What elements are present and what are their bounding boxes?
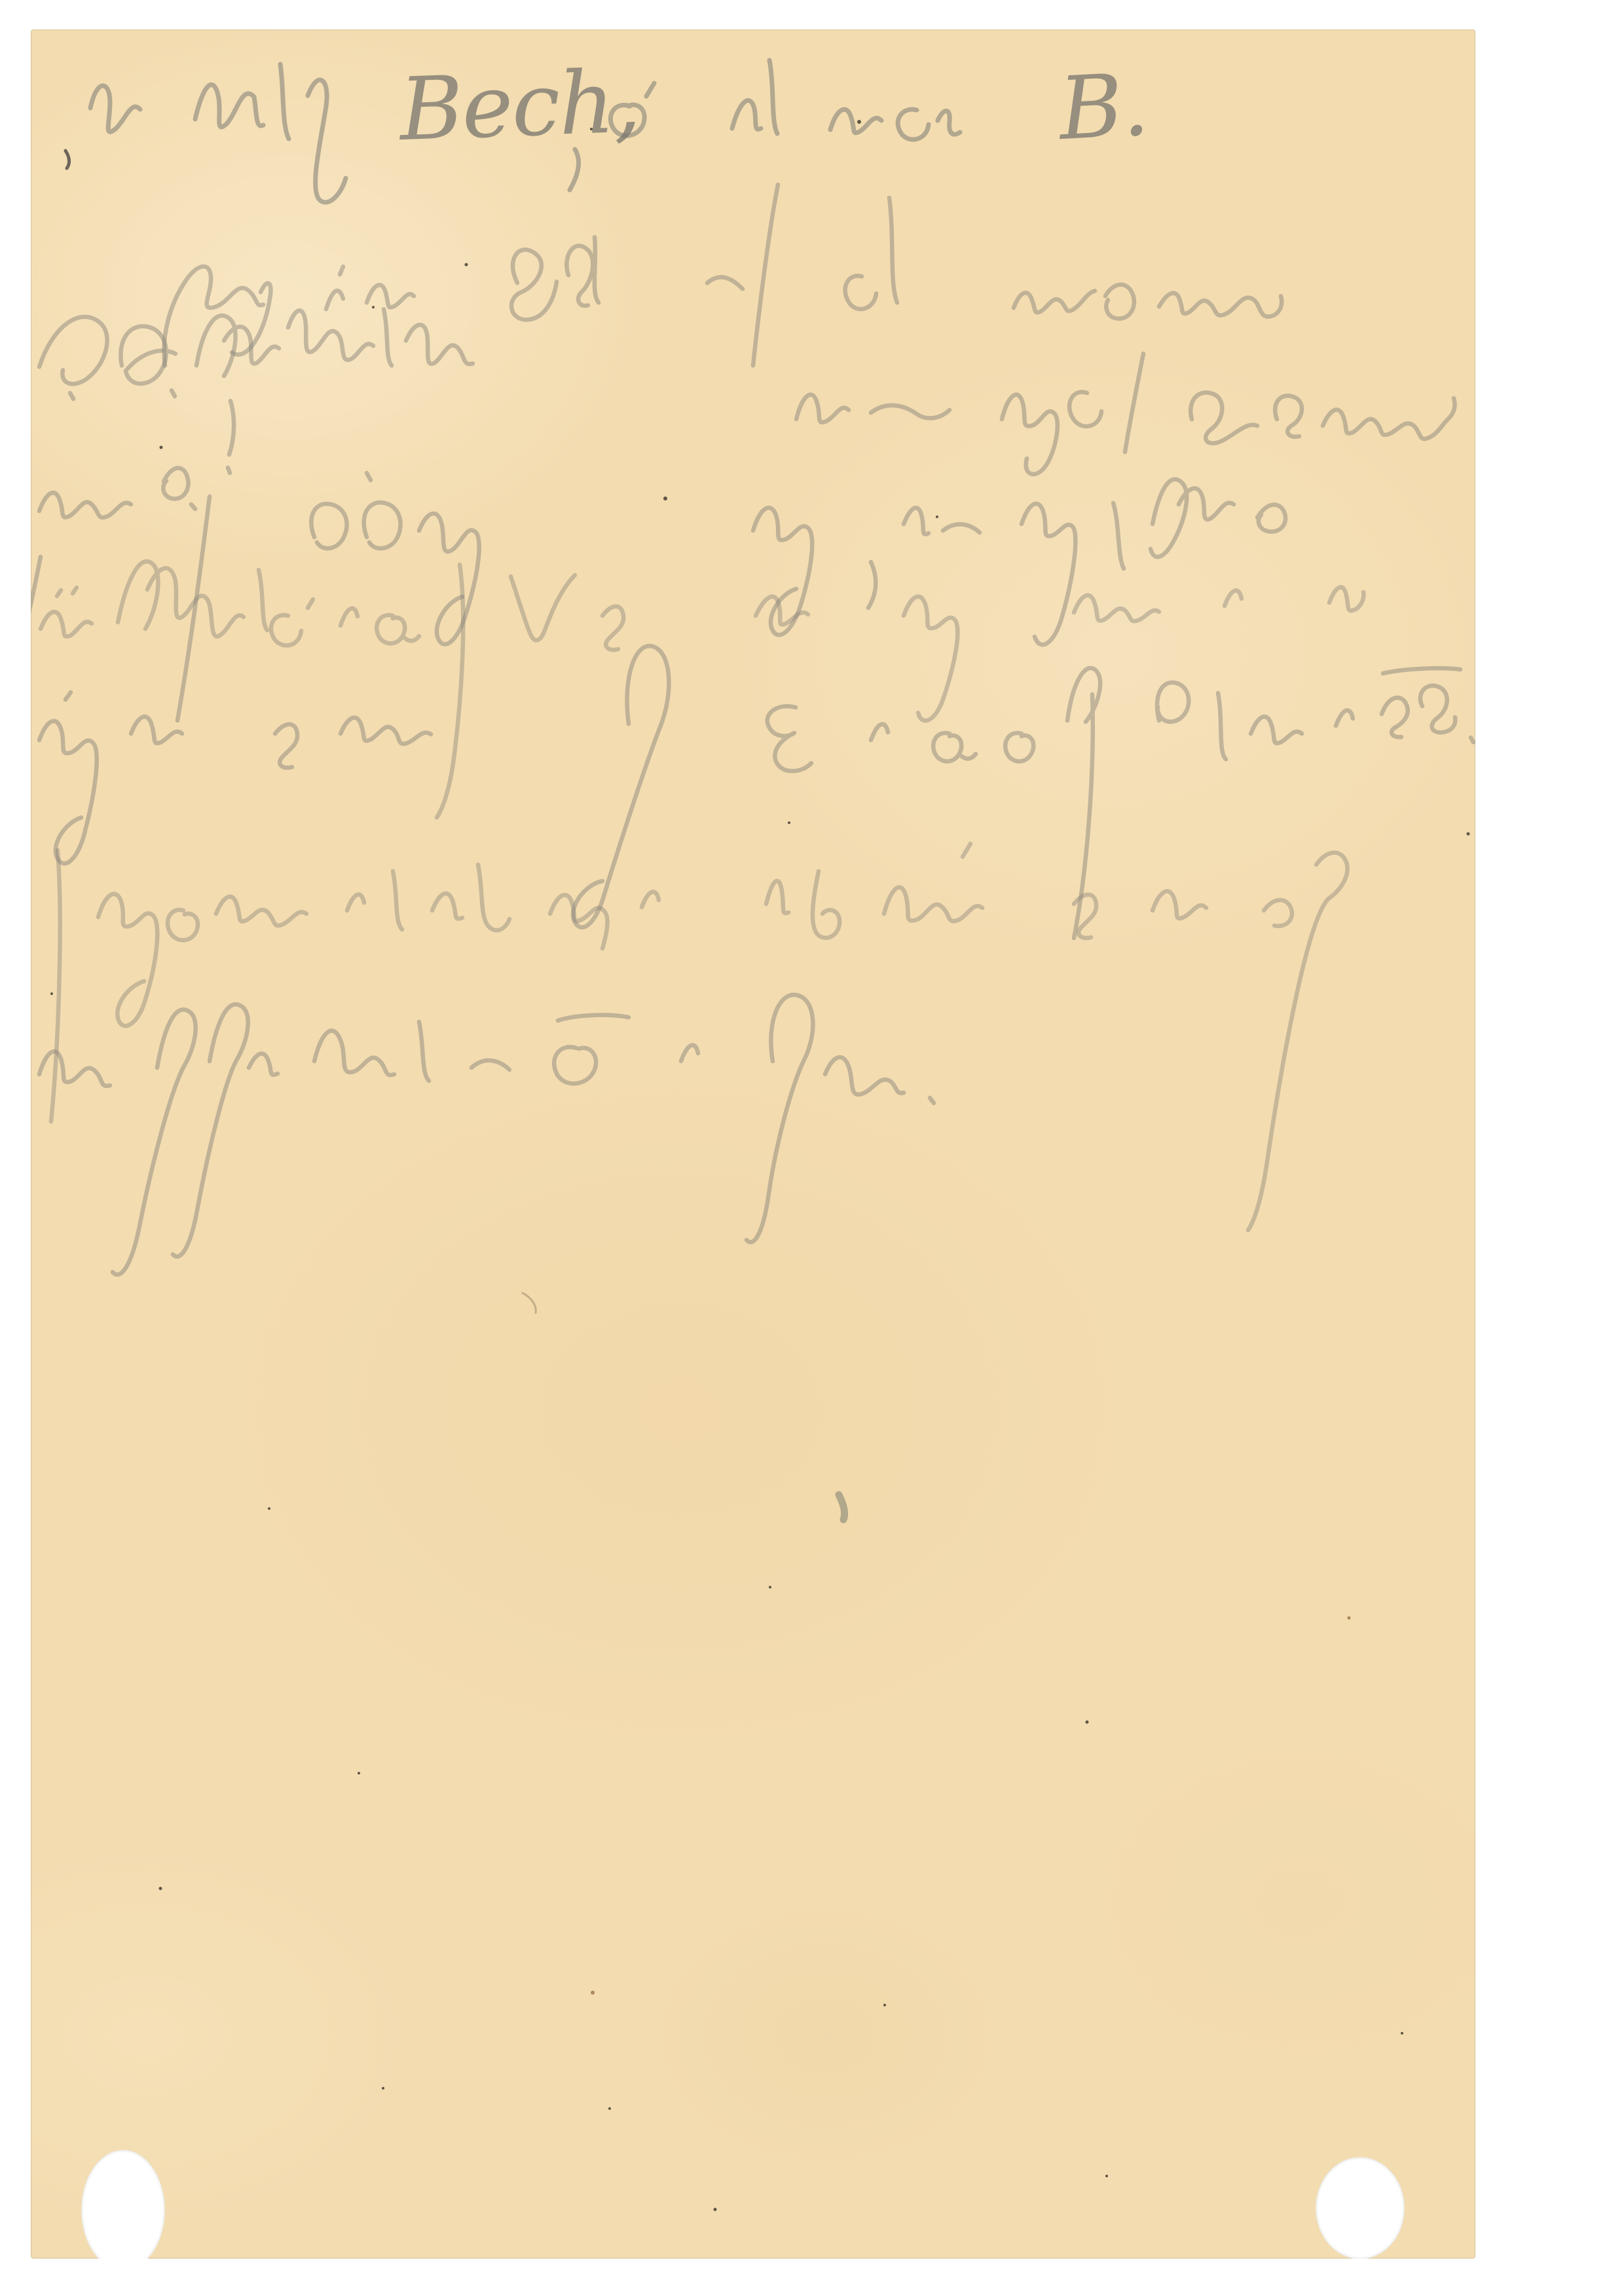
speck: [663, 497, 667, 500]
shorthand-line-4: [31, 468, 1285, 721]
legible-word-bech: Bech,: [397, 51, 641, 160]
gray-smudge: [839, 1495, 845, 1520]
shorthand-line-6: [39, 646, 1473, 938]
speck: [590, 128, 593, 130]
speck: [268, 1507, 270, 1510]
speck: [936, 516, 938, 518]
speck-brown: [591, 1991, 595, 1995]
legible-word-b: B.: [1056, 54, 1151, 160]
speck: [1467, 833, 1470, 836]
speck: [1086, 1721, 1089, 1724]
speck: [788, 821, 790, 824]
paper-sheet: Bech, B.: [31, 29, 1475, 2259]
speck: [857, 120, 861, 124]
shorthand-line-5: [41, 561, 1363, 817]
speck: [1105, 2175, 1108, 2177]
speck: [1401, 2032, 1403, 2035]
shorthand-line-3: [39, 309, 1455, 474]
speck: [358, 1772, 360, 1774]
speck: [159, 1887, 162, 1890]
speck: [465, 263, 468, 267]
shorthand-writing: Bech, B.: [31, 29, 1475, 2259]
speck: [382, 2087, 384, 2090]
punch-hole-right: [1316, 2157, 1405, 2259]
speck: [883, 2004, 886, 2006]
paper-fiber: [523, 1293, 536, 1313]
shorthand-line-8: [39, 995, 934, 1275]
speck: [769, 1586, 771, 1588]
dark-pencil-tick: [65, 151, 69, 168]
scan-background: Bech, B.: [0, 0, 1624, 2290]
shorthand-line-2: [164, 185, 1282, 366]
speck-brown: [1348, 1617, 1351, 1620]
speck: [714, 2208, 717, 2211]
speck: [372, 306, 375, 309]
speck: [50, 992, 53, 995]
speck: [160, 446, 163, 449]
speck: [608, 2107, 611, 2110]
